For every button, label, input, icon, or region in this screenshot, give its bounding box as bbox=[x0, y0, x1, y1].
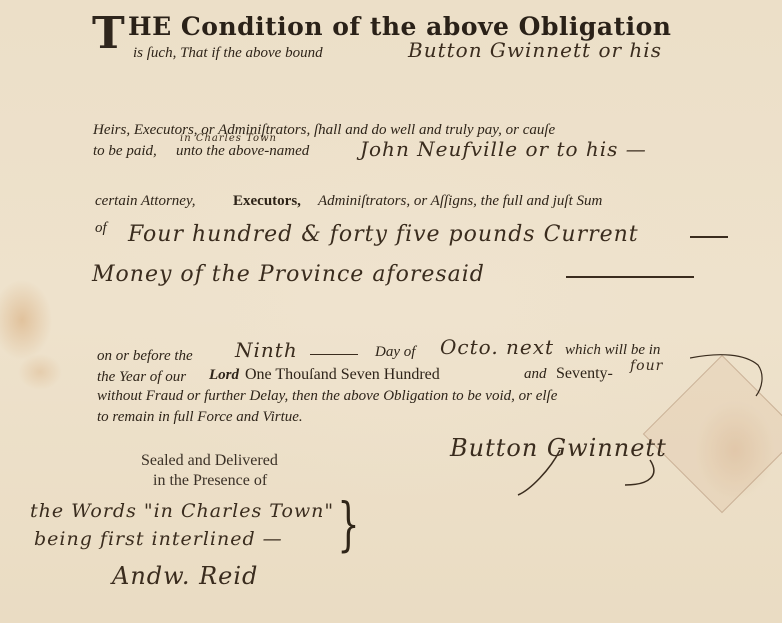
printed-line-4c: Adminiſtrators, or Aſſigns, the full and… bbox=[318, 193, 602, 210]
handwritten-day: Ninth bbox=[235, 338, 298, 362]
printed-line-7a: on or before the bbox=[97, 348, 193, 365]
fill-line bbox=[310, 354, 358, 355]
brace-mark: } bbox=[337, 490, 359, 558]
printed-line-7b: Day of bbox=[375, 344, 415, 361]
printed-line-5: of bbox=[95, 220, 107, 237]
attestation-line-1: Sealed and Delivered bbox=[141, 452, 278, 470]
handwritten-obligor: Button Gwinnett or his bbox=[408, 38, 662, 62]
heading-title: HE Condition of the above Obligation bbox=[128, 12, 672, 41]
signature-flourish bbox=[500, 440, 700, 510]
printed-line-8a: the Year of our bbox=[97, 369, 186, 386]
witness-note-line-2: being first interlined — bbox=[34, 528, 283, 550]
printed-line-8c: One Thouſand Seven Hundred bbox=[245, 366, 440, 384]
printed-line-1: is ſuch, That if the above bound bbox=[133, 45, 323, 62]
handwritten-currency: Money of the Province aforesaid bbox=[92, 262, 485, 287]
handwritten-month: Octo. next bbox=[440, 335, 554, 359]
fill-line bbox=[690, 236, 728, 238]
printed-line-4a: certain Attorney, bbox=[95, 193, 196, 210]
printed-line-8e: Seventy- bbox=[556, 365, 613, 383]
fill-line bbox=[566, 276, 694, 278]
printed-line-3b: unto the above-named bbox=[176, 143, 309, 160]
printed-line-3a: to be paid, bbox=[93, 143, 157, 160]
printed-line-4b: Executors, bbox=[233, 193, 301, 210]
witness-note-line-1: the Words "in Charles Town" bbox=[30, 500, 334, 522]
printed-line-8b: Lord bbox=[209, 367, 239, 384]
year-line-flourish bbox=[690, 340, 770, 400]
printed-line-8d: and bbox=[524, 366, 547, 383]
attestation-line-2: in the Presence of bbox=[153, 472, 267, 490]
printed-line-10: to remain in full Force and Virtue. bbox=[97, 409, 303, 426]
heading-dropcap: T bbox=[92, 8, 125, 59]
witness-signature: Andw. Reid bbox=[112, 562, 258, 590]
printed-line-7c: which will be in bbox=[565, 342, 660, 359]
handwritten-sum: Four hundred & forty five pounds Current bbox=[128, 222, 639, 247]
handwritten-obligee: John Neufville or to his — bbox=[360, 137, 647, 161]
handwritten-year: four bbox=[630, 358, 663, 374]
printed-line-9: without Fraud or further Delay, then the… bbox=[97, 388, 557, 405]
